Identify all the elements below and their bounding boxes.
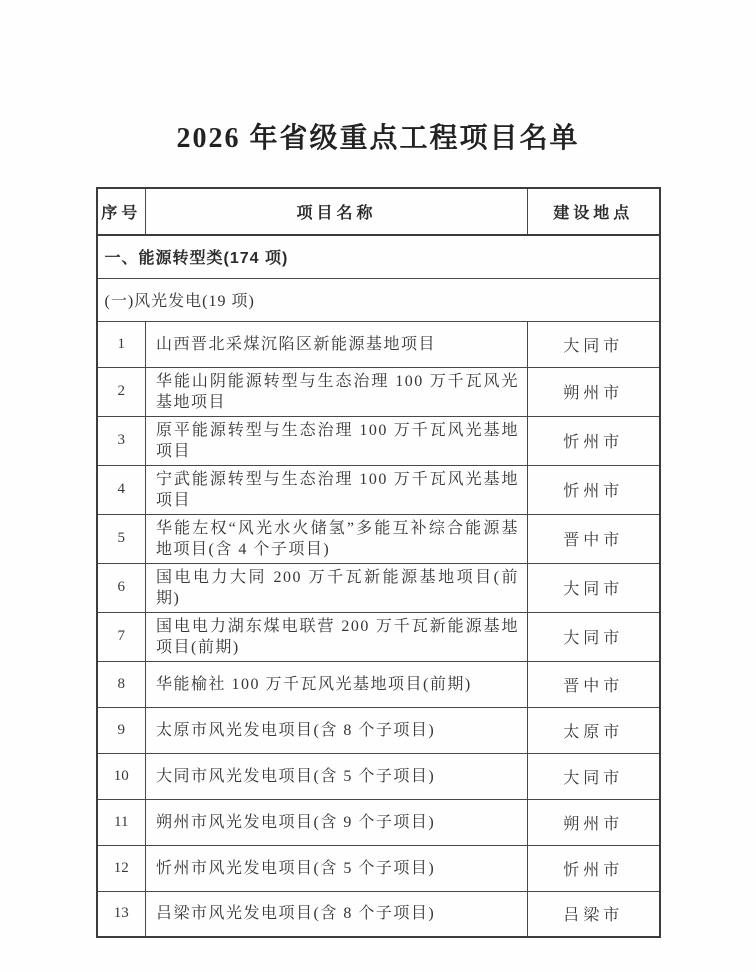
project-name: 吕梁市风光发电项目(含 8 个子项目) xyxy=(146,891,528,937)
row-number: 11 xyxy=(97,799,146,845)
section-row-wind-solar: (一)风光发电(19 项) xyxy=(97,278,660,321)
table-row: 9 太原市风光发电项目(含 8 个子项目) 太原市 xyxy=(97,707,660,753)
project-name: 大同市风光发电项目(含 5 个子项目) xyxy=(146,753,528,799)
section-label: (一)风光发电(19 项) xyxy=(97,278,660,321)
table-row: 3 原平能源转型与生态治理 100 万千瓦风光基地项目 忻州市 xyxy=(97,416,660,465)
project-location: 朔州市 xyxy=(528,367,660,416)
project-location: 大同市 xyxy=(528,563,660,612)
document-page: 2026 年省级重点工程项目名单 序号 项目名称 建设地点 一、能源转型类(17… xyxy=(0,0,756,972)
table-row: 5 华能左权“风光水火储氢”多能互补综合能源基地项目(含 4 个子项目) 晋中市 xyxy=(97,514,660,563)
section-row-energy-transition: 一、能源转型类(174 项) xyxy=(97,235,660,278)
project-location: 忻州市 xyxy=(528,416,660,465)
project-name: 国电电力大同 200 万千瓦新能源基地项目(前期) xyxy=(146,563,528,612)
row-number: 9 xyxy=(97,707,146,753)
project-location: 吕梁市 xyxy=(528,891,660,937)
table-row: 13 吕梁市风光发电项目(含 8 个子项目) 吕梁市 xyxy=(97,891,660,937)
project-name: 华能榆社 100 万千瓦风光基地项目(前期) xyxy=(146,661,528,707)
project-name: 国电电力湖东煤电联营 200 万千瓦新能源基地项目(前期) xyxy=(146,612,528,661)
table-row: 4 宁武能源转型与生态治理 100 万千瓦风光基地项目 忻州市 xyxy=(97,465,660,514)
project-location: 忻州市 xyxy=(528,845,660,891)
table-row: 11 朔州市风光发电项目(含 9 个子项目) 朔州市 xyxy=(97,799,660,845)
row-number: 8 xyxy=(97,661,146,707)
row-number: 7 xyxy=(97,612,146,661)
table-row: 2 华能山阴能源转型与生态治理 100 万千瓦风光基地项目 朔州市 xyxy=(97,367,660,416)
row-number: 6 xyxy=(97,563,146,612)
project-name: 原平能源转型与生态治理 100 万千瓦风光基地项目 xyxy=(146,416,528,465)
table-row: 8 华能榆社 100 万千瓦风光基地项目(前期) 晋中市 xyxy=(97,661,660,707)
table-row: 7 国电电力湖东煤电联营 200 万千瓦新能源基地项目(前期) 大同市 xyxy=(97,612,660,661)
project-location: 朔州市 xyxy=(528,799,660,845)
section-label: 一、能源转型类(174 项) xyxy=(97,235,660,278)
project-location: 大同市 xyxy=(528,612,660,661)
project-name: 宁武能源转型与生态治理 100 万千瓦风光基地项目 xyxy=(146,465,528,514)
project-location: 晋中市 xyxy=(528,514,660,563)
row-number: 13 xyxy=(97,891,146,937)
row-number: 2 xyxy=(97,367,146,416)
column-header-serial: 序号 xyxy=(97,188,146,235)
row-number: 4 xyxy=(97,465,146,514)
column-header-project-name: 项目名称 xyxy=(146,188,528,235)
row-number: 12 xyxy=(97,845,146,891)
projects-table: 序号 项目名称 建设地点 一、能源转型类(174 项) (一)风光发电(19 项… xyxy=(96,187,661,938)
project-location: 大同市 xyxy=(528,753,660,799)
project-location: 晋中市 xyxy=(528,661,660,707)
project-location: 太原市 xyxy=(528,707,660,753)
project-name: 山西晋北采煤沉陷区新能源基地项目 xyxy=(146,321,528,367)
row-number: 3 xyxy=(97,416,146,465)
table-row: 1 山西晋北采煤沉陷区新能源基地项目 大同市 xyxy=(97,321,660,367)
project-name: 朔州市风光发电项目(含 9 个子项目) xyxy=(146,799,528,845)
row-number: 10 xyxy=(97,753,146,799)
project-name: 太原市风光发电项目(含 8 个子项目) xyxy=(146,707,528,753)
column-header-location: 建设地点 xyxy=(528,188,660,235)
table-row: 6 国电电力大同 200 万千瓦新能源基地项目(前期) 大同市 xyxy=(97,563,660,612)
project-location: 大同市 xyxy=(528,321,660,367)
table-row: 10 大同市风光发电项目(含 5 个子项目) 大同市 xyxy=(97,753,660,799)
table-header-row: 序号 项目名称 建设地点 xyxy=(97,188,660,235)
project-name: 华能左权“风光水火储氢”多能互补综合能源基地项目(含 4 个子项目) xyxy=(146,514,528,563)
project-name: 华能山阴能源转型与生态治理 100 万千瓦风光基地项目 xyxy=(146,367,528,416)
document-title: 2026 年省级重点工程项目名单 xyxy=(0,116,756,156)
project-name: 忻州市风光发电项目(含 5 个子项目) xyxy=(146,845,528,891)
row-number: 5 xyxy=(97,514,146,563)
table-row: 12 忻州市风光发电项目(含 5 个子项目) 忻州市 xyxy=(97,845,660,891)
project-location: 忻州市 xyxy=(528,465,660,514)
row-number: 1 xyxy=(97,321,146,367)
